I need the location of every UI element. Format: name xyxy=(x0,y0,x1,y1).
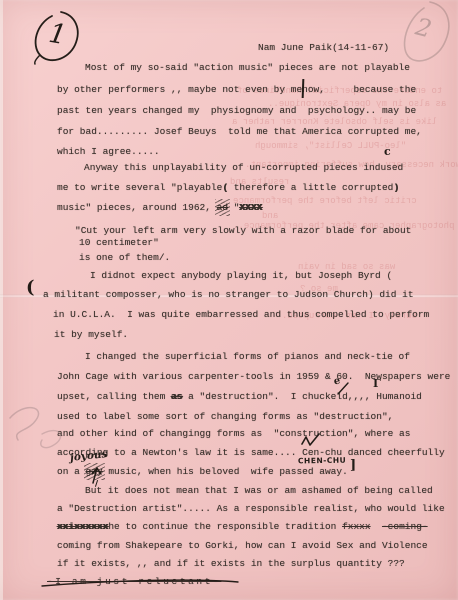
insertion-arrow-icon xyxy=(86,465,104,485)
typed-line: a "Destruction artist"..... As a respons… xyxy=(57,503,445,515)
typed-line: if it exists, ,, and if it exists in the… xyxy=(57,558,405,570)
typed-line: I changed the superficial forms of piano… xyxy=(85,351,410,363)
typed-line: Anyway this unplayability of un-corrupte… xyxy=(84,162,403,174)
typed-line: xxixxxxxxhe to continue the responsible … xyxy=(57,521,428,533)
page-number-annotation: 1 xyxy=(28,8,90,66)
check-mark-icon xyxy=(300,433,322,448)
typed-line: is one of them/. xyxy=(79,252,170,264)
typed-line: a militant composser, who is no stranger… xyxy=(43,289,414,301)
typed-line: by other performers ,, maybe not even by… xyxy=(57,84,416,96)
typed-line: and other kind of changingg forms as "co… xyxy=(57,428,410,440)
typed-line: past ten years changed my physiognomy an… xyxy=(57,105,416,117)
typed-line: I didnot expect anybody playing it, but … xyxy=(90,270,392,282)
byline: Nam June Paik(14-11-67) xyxy=(258,42,389,54)
chen-chu-note: CHEN-CHU xyxy=(298,456,346,466)
typed-line: But it does not mean that I was or am as… xyxy=(85,485,433,497)
scanned-letter-page: to endure the superficial handlines ofas… xyxy=(0,0,458,600)
typed-line: 10 centimeter" xyxy=(79,237,159,249)
correction-slash-icon xyxy=(337,382,350,395)
typed-line: me to write several "playable( therefore… xyxy=(57,182,399,194)
corner-number-annotation: 2 xyxy=(396,0,458,66)
page-edge xyxy=(0,0,3,600)
typed-line: John Cage with various carpenter-tools i… xyxy=(57,371,450,383)
correction-c: c xyxy=(384,146,391,157)
typed-line: music" pieces, around 1962, ad "XXXX xyxy=(57,202,262,214)
typed-line: it by myself. xyxy=(54,329,128,341)
typed-line: Most of my so-said "action music" pieces… xyxy=(85,62,410,74)
strikeout-pen-line xyxy=(40,577,242,589)
insertion-mark: Γ xyxy=(373,378,381,389)
typed-line: which I agree..... xyxy=(57,146,160,158)
typed-line: according to a Newton's law it is same..… xyxy=(57,447,445,459)
typed-line: used to label some sort of changing form… xyxy=(57,411,393,423)
typed-line: "Cut your left arm very slowly with a ra… xyxy=(75,225,411,237)
paren-note: ( xyxy=(26,279,35,297)
margin-pencil-scribble xyxy=(2,398,76,460)
typed-line: in U.C.L.A. I was quite embarressed and … xyxy=(53,309,429,321)
typed-line: for bad......... Josef Beuys told me tha… xyxy=(57,126,422,138)
bracket-note: ] xyxy=(350,459,356,472)
typed-line: coming from Shakepeare to Gorki, how can… xyxy=(57,540,428,552)
typed-line: upset, calling them as a "destruction". … xyxy=(57,391,422,403)
